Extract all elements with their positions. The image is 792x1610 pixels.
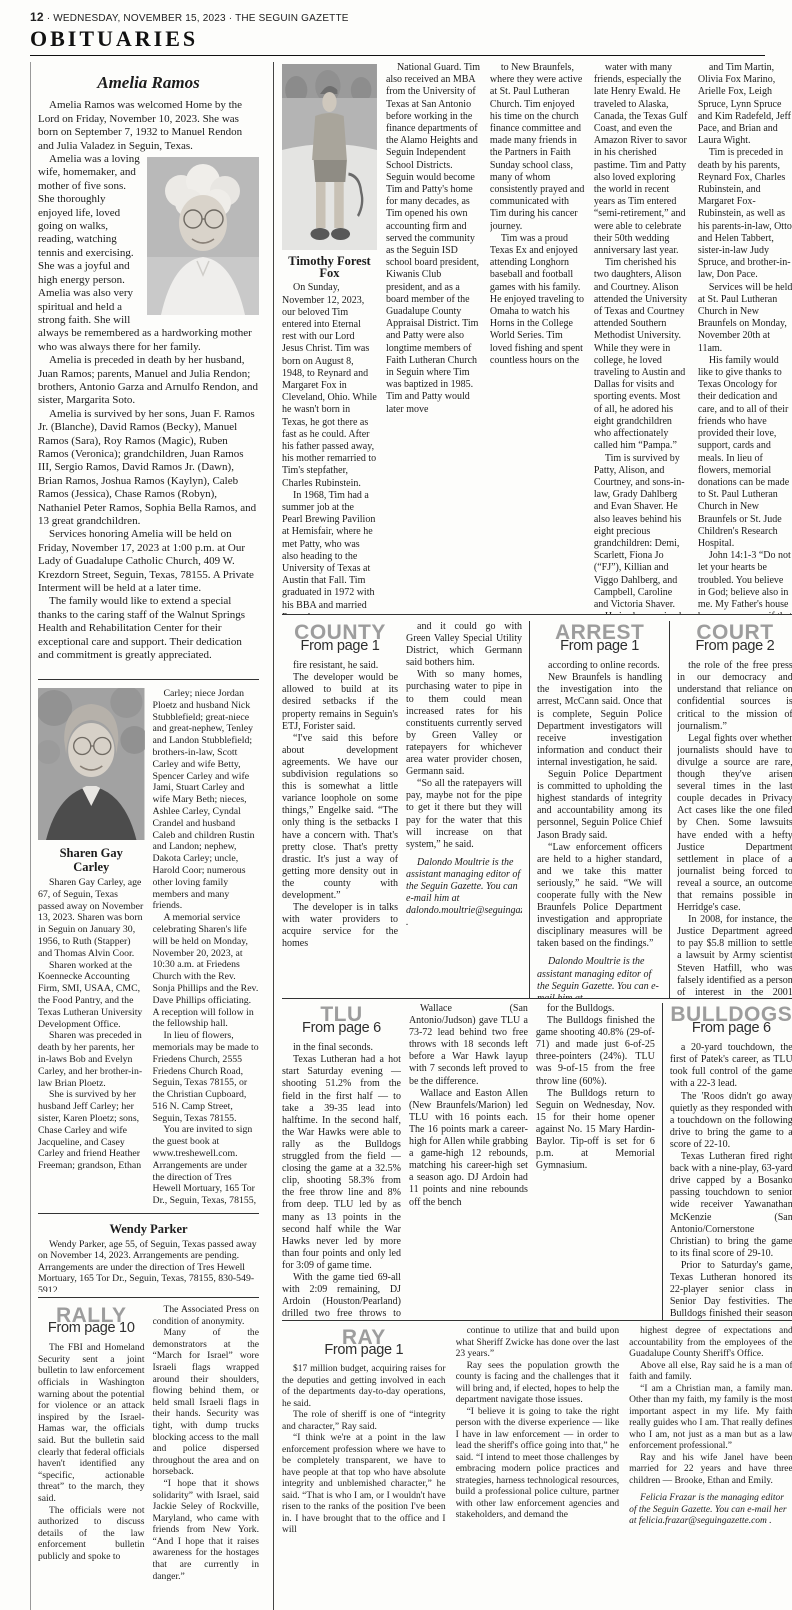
ray-paragraphs: continue to utilize that and build upon … bbox=[456, 1326, 620, 1522]
paragraph: Texas Lutheran fired right back with a n… bbox=[670, 1151, 792, 1260]
paragraph: The Associated Press on condition of ano… bbox=[153, 1304, 260, 1327]
paragraph: for the Bulldogs. bbox=[536, 1003, 655, 1015]
right-column: Timothy Forest Fox On Sunday, November 1… bbox=[273, 62, 792, 1610]
paragraph: Carley; niece Jordan Ploetz and husband … bbox=[153, 688, 260, 912]
paragraph: His family would like to give thanks to … bbox=[698, 355, 792, 550]
woman-portrait-photo bbox=[38, 688, 145, 840]
paragraph: Ray sees the population growth the count… bbox=[456, 1361, 620, 1407]
paragraph: On Sunday, November 12, 2023, our belove… bbox=[282, 282, 377, 489]
page-number: 12 bbox=[30, 10, 44, 24]
obituary-column-1: Sharen Gay Carley Sharen Gay Carley, age… bbox=[38, 688, 145, 1208]
paragraph: The Bulldogs return to Seguin on Wednesd… bbox=[536, 1088, 655, 1173]
paragraph: and it could go with Green Valley Specia… bbox=[406, 621, 522, 669]
page-info-line: 12 · WEDNESDAY, NOVEMBER 15, 2023 · THE … bbox=[30, 10, 765, 24]
tlu-column-2: Wallace (San Antonio/Judson) gave TLU a … bbox=[409, 1003, 528, 1320]
tlu-bulldogs-band: TLU From page 6 in the final seconds.Tex… bbox=[282, 998, 792, 1320]
paragraph: With the game tied 69-all with 2:09 rema… bbox=[282, 1272, 401, 1320]
vertical-rule bbox=[662, 1003, 663, 1320]
paragraph: “I believe it is going to take the right… bbox=[456, 1407, 620, 1522]
bulldogs-paragraphs: a 20-yard touchdown, the first of Patek'… bbox=[670, 1042, 792, 1320]
rally-section: RALLY From page 10 The FBI and Homeland … bbox=[38, 1298, 259, 1610]
court-from-page: From page 2 bbox=[677, 640, 792, 652]
ray-paragraphs: $17 million budget, acquiring raises for… bbox=[282, 1364, 446, 1537]
county-author-credit: Dalondo Moultrie is the assistant managi… bbox=[406, 857, 522, 930]
paragraph: The Bulldogs finished the game shooting … bbox=[536, 1015, 655, 1088]
paragraph: Legal fights over whether journalists sh… bbox=[677, 733, 792, 914]
rally-paragraphs: The FBI and Homeland Security sent a joi… bbox=[38, 1342, 145, 1562]
paragraph: The role of sheriff is one of “integrity… bbox=[282, 1410, 446, 1433]
rally-column-1: RALLY From page 10 The FBI and Homeland … bbox=[38, 1304, 145, 1610]
obituary-timothy-fox: Timothy Forest Fox On Sunday, November 1… bbox=[282, 62, 792, 614]
paragraph: Tim is survived by Patty, Alison, and Co… bbox=[594, 453, 689, 612]
bulldogs-section: BULLDOGS From page 6 a 20-yard touchdown… bbox=[670, 1003, 792, 1320]
paragraph: Wallace (San Antonio/Judson) gave TLU a … bbox=[409, 1003, 528, 1088]
paragraph: Wallace and Easton Allen (New Braunfels/… bbox=[409, 1088, 528, 1209]
rally-paragraphs: The Associated Press on condition of ano… bbox=[153, 1304, 260, 1582]
paragraph: The 'Roos didn't go away quietly as they… bbox=[670, 1091, 792, 1151]
rally-from-page: From page 10 bbox=[38, 1323, 145, 1335]
page-content: Amelia Ramos Amelia Ramos was welcomed H… bbox=[30, 62, 765, 1610]
paragraph: Sharen was preceded in death by her pare… bbox=[38, 1030, 145, 1089]
paragraph: water with many friends, especially the … bbox=[594, 62, 689, 257]
obituary-paragraphs: to New Braunfels, where they were active… bbox=[490, 62, 585, 367]
paragraph: Services will be held at St. Paul Luther… bbox=[698, 282, 792, 355]
county-column-2: and it could go with Green Valley Specia… bbox=[406, 621, 522, 998]
ray-section: RAY From page 1 $17 million budget, acqu… bbox=[282, 1320, 792, 1588]
paragraph: in the final seconds. bbox=[282, 1042, 401, 1054]
paragraph: highest degree of expectations and accou… bbox=[629, 1326, 792, 1361]
rally-headline-block: RALLY From page 10 bbox=[38, 1304, 145, 1342]
tlu-paragraphs: in the final seconds.Texas Lutheran had … bbox=[282, 1042, 401, 1320]
obituary-column-2: Carley; niece Jordan Ploetz and husband … bbox=[153, 688, 260, 1208]
paragraph: “I hope that it shows solidarity” with I… bbox=[153, 1478, 260, 1582]
ray-column-1: RAY From page 1 $17 million budget, acqu… bbox=[282, 1326, 446, 1588]
ray-from-page: From page 1 bbox=[282, 1345, 446, 1357]
tlu-column-3: for the Bulldogs.The Bulldogs finished t… bbox=[536, 1003, 655, 1320]
obituary-paragraphs: Sharen Gay Carley, age 67, of Seguin, Te… bbox=[38, 877, 145, 1172]
ray-column-3: highest degree of expectations and accou… bbox=[629, 1326, 792, 1588]
paragraph: Seguin Police Department is committed to… bbox=[537, 769, 662, 842]
paragraph: according to online records. bbox=[537, 660, 662, 672]
arrest-headline-block: ARREST From page 1 bbox=[537, 621, 662, 660]
vertical-rule bbox=[669, 621, 670, 998]
arrest-paragraphs: according to online records.New Braunfel… bbox=[537, 660, 662, 950]
ray-headline-block: RAY From page 1 bbox=[282, 1326, 446, 1364]
paragraph: $17 million budget, acquiring raises for… bbox=[282, 1364, 446, 1410]
obituary-paragraphs: On Sunday, November 12, 2023, our belove… bbox=[282, 282, 377, 614]
tlu-from-page: From page 6 bbox=[282, 1022, 401, 1034]
ray-column-2: continue to utilize that and build upon … bbox=[456, 1326, 620, 1588]
left-column: Amelia Ramos Amelia Ramos was welcomed H… bbox=[30, 62, 266, 1610]
county-section: COUNTY From page 1 fire resistant, he sa… bbox=[282, 621, 522, 998]
paragraph: The family would like to extend a specia… bbox=[38, 595, 259, 662]
paragraph: fire resistant, he said. bbox=[282, 660, 398, 672]
fox-column-3: to New Braunfels, where they were active… bbox=[490, 62, 585, 614]
paragraph: Many of the demonstrators at the “March … bbox=[153, 1327, 260, 1478]
paragraph: the role of the free press in our democr… bbox=[677, 660, 792, 733]
obituary-name-line1: Sharen Gay bbox=[60, 846, 123, 860]
county-headline-block: COUNTY From page 1 bbox=[282, 621, 398, 660]
paragraph: Services honoring Amelia will be held on… bbox=[38, 528, 259, 595]
paragraph: In 1968, Tim had a summer job at the Pea… bbox=[282, 490, 377, 614]
newspaper-page: 12 · WEDNESDAY, NOVEMBER 15, 2023 · THE … bbox=[0, 0, 792, 1610]
obituary-name: Amelia Ramos bbox=[38, 76, 259, 89]
vertical-rule bbox=[529, 621, 530, 998]
paragraph: Prior to Saturday's game, Texas Lutheran… bbox=[670, 1260, 792, 1320]
paragraph: “I think we're at a point in the law enf… bbox=[282, 1433, 446, 1537]
county-column-1: COUNTY From page 1 fire resistant, he sa… bbox=[282, 621, 398, 998]
county-paragraphs: and it could go with Green Valley Specia… bbox=[406, 621, 522, 851]
arrest-section: ARREST From page 1 according to online r… bbox=[537, 621, 662, 998]
paragraph: continue to utilize that and build upon … bbox=[456, 1326, 620, 1361]
paragraph: He is also survived by his sister, Katie… bbox=[594, 611, 689, 614]
paragraph: New Braunfels is handling the investigat… bbox=[537, 672, 662, 769]
obituary-paragraphs: water with many friends, especially the … bbox=[594, 62, 689, 614]
ray-author-credit: Felicia Frazar is the managing editor of… bbox=[629, 1493, 792, 1528]
obituary-paragraphs: Wendy Parker, age 55, of Seguin, Texas p… bbox=[38, 1239, 259, 1292]
fox-column-4: water with many friends, especially the … bbox=[594, 62, 689, 614]
obituary-paragraphs: and Tim Martin, Olivia Fox Marino, Ariel… bbox=[698, 62, 792, 614]
paragraph: “So all the ratepayers will pay, maybe n… bbox=[406, 778, 522, 851]
paragraph: National Guard. Tim also received an MBA… bbox=[386, 62, 481, 416]
paragraph: John 14:1-3 “Do not let your hearts be t… bbox=[698, 550, 792, 614]
obituary-name: Sharen Gay Carley bbox=[38, 846, 145, 874]
masthead: 12 · WEDNESDAY, NOVEMBER 15, 2023 · THE … bbox=[30, 10, 765, 56]
fox-column-1: Timothy Forest Fox On Sunday, November 1… bbox=[282, 62, 377, 614]
ray-paragraphs: highest degree of expectations and accou… bbox=[629, 1326, 792, 1487]
paragraph: Amelia Ramos was welcomed Home by the Lo… bbox=[38, 99, 259, 153]
middle-jump-band: COUNTY From page 1 fire resistant, he sa… bbox=[282, 614, 792, 998]
paragraph: Texas Lutheran had a hot start Saturday … bbox=[282, 1054, 401, 1272]
paragraph: The developer would be allowed to build … bbox=[282, 672, 398, 732]
masthead-rule bbox=[30, 55, 765, 56]
paragraph: Tim was a proud Texas Ex and enjoyed att… bbox=[490, 233, 585, 367]
arrest-author-credit: Dalondo Moultrie is the assistant managi… bbox=[537, 956, 662, 998]
paragraph: “Law enforcement officers are held to a … bbox=[537, 842, 662, 951]
paragraph: Above all else, Ray said he is a man of … bbox=[629, 1361, 792, 1384]
paragraph: “I am a Christian man, a family man. Oth… bbox=[629, 1384, 792, 1453]
tlu-paragraphs: for the Bulldogs.The Bulldogs finished t… bbox=[536, 1003, 655, 1172]
paragraph: to New Braunfels, where they were active… bbox=[490, 62, 585, 233]
dateline: · WEDNESDAY, NOVEMBER 15, 2023 · THE SEG… bbox=[47, 13, 349, 24]
paragraph: The officials were not authorized to dis… bbox=[38, 1505, 145, 1563]
paragraph: In lieu of flowers, memorials may be mad… bbox=[153, 1030, 260, 1124]
paragraph: Tim is preceded in death by his parents,… bbox=[698, 147, 792, 281]
paragraph: “I've said this before about development… bbox=[282, 733, 398, 902]
paragraph: and Tim Martin, Olivia Fox Marino, Ariel… bbox=[698, 62, 792, 147]
obituary-name: Timothy Forest Fox bbox=[282, 255, 377, 279]
paragraph: You are invited to sign the guest book a… bbox=[153, 1124, 260, 1208]
court-section: COURT From page 2 the role of the free p… bbox=[677, 621, 792, 998]
elderly-woman-portrait-photo bbox=[147, 157, 259, 315]
fox-column-2: National Guard. Tim also received an MBA… bbox=[386, 62, 481, 614]
paragraph: Ray and his wife Janel have been married… bbox=[629, 1453, 792, 1488]
paragraph: Tim cherished his two daughters, Alison … bbox=[594, 257, 689, 452]
bulldogs-headline-block: BULLDOGS From page 6 bbox=[670, 1003, 792, 1042]
paragraph: Sharen worked at the Koennecke Accountin… bbox=[38, 960, 145, 1031]
paragraph: The FBI and Homeland Security sent a joi… bbox=[38, 1342, 145, 1504]
paragraph: A memorial service celebrating Sharen's … bbox=[153, 912, 260, 1030]
paragraph: With so many homes, purchasing water to … bbox=[406, 669, 522, 778]
fox-column-5: and Tim Martin, Olivia Fox Marino, Ariel… bbox=[698, 62, 792, 614]
paragraph: Amelia is preceded in death by her husba… bbox=[38, 354, 259, 408]
court-headline-block: COURT From page 2 bbox=[677, 621, 792, 660]
obituary-name: Wendy Parker bbox=[38, 1224, 259, 1236]
paragraph: In 2008, for instance, the Justice Depar… bbox=[677, 914, 792, 998]
tlu-headline-block: TLU From page 6 bbox=[282, 1003, 401, 1042]
tlu-column-1: TLU From page 6 in the final seconds.Tex… bbox=[282, 1003, 401, 1320]
paragraph: Sharen Gay Carley, age 67, of Seguin, Te… bbox=[38, 877, 145, 960]
obituary-amelia-ramos: Amelia Ramos Amelia Ramos was welcomed H… bbox=[38, 62, 259, 674]
obituary-name-line2: Carley bbox=[73, 860, 109, 874]
paragraph: The developer is in talks with water pro… bbox=[282, 902, 398, 950]
court-paragraphs: the role of the free press in our democr… bbox=[677, 660, 792, 998]
paragraph: a 20-yard touchdown, the first of Patek'… bbox=[670, 1042, 792, 1090]
obituary-body: Amelia Ramos was welcomed Home by the Lo… bbox=[38, 99, 259, 662]
paragraph: Amelia is survived by her sons, Juan F. … bbox=[38, 408, 259, 529]
tlu-paragraphs: Wallace (San Antonio/Judson) gave TLU a … bbox=[409, 1003, 528, 1209]
tlu-section: TLU From page 6 in the final seconds.Tex… bbox=[282, 1003, 655, 1320]
obituary-sharen-carley: Sharen Gay Carley Sharen Gay Carley, age… bbox=[38, 680, 259, 1208]
obituary-paragraphs: National Guard. Tim also received an MBA… bbox=[386, 62, 481, 416]
section-title: OBITUARIES bbox=[30, 26, 765, 52]
man-on-boat-photo bbox=[282, 64, 377, 250]
county-paragraphs: fire resistant, he said.The developer wo… bbox=[282, 660, 398, 950]
rally-column-2: The Associated Press on condition of ano… bbox=[153, 1304, 260, 1610]
paragraph: Wendy Parker, age 55, of Seguin, Texas p… bbox=[38, 1239, 259, 1292]
obituary-wendy-parker: Wendy Parker Wendy Parker, age 55, of Se… bbox=[38, 1214, 259, 1292]
paragraph: She is survived by her husband Jeff Carl… bbox=[38, 1089, 145, 1172]
obituary-paragraphs: Carley; niece Jordan Ploetz and husband … bbox=[153, 688, 260, 1208]
